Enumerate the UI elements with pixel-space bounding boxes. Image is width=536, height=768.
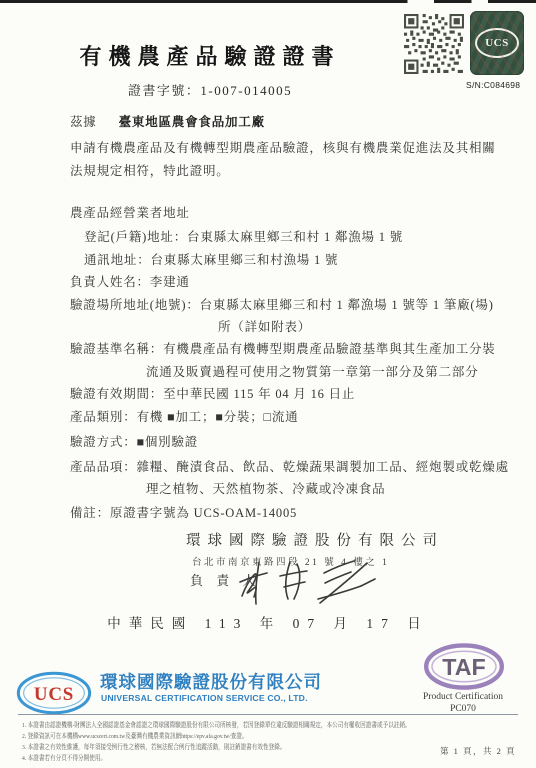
field-standard-line2: 流通及販賣過程可使用之物質第一章第一部分及第二部分 <box>146 362 479 380</box>
applicant-name: 臺東地區農會食品加工廠 <box>119 115 265 129</box>
field-mailing-address: 通訊地址：台東縣太麻里鄉三和村漁場 1 號 <box>84 250 338 268</box>
scan-artifact-bar <box>0 0 536 3</box>
taf-caption: Product Certification <box>396 692 530 702</box>
footer-divider <box>18 714 518 715</box>
svg-text:TAF: TAF <box>442 654 486 680</box>
field-validity-period: 驗證有效期間：至中華民國 115 年 04 月 16 日止 <box>70 384 355 402</box>
statement-line1: 申請有機農產品及有機轉型期農產品驗證，核與有機農業促進法及其相關 <box>70 138 496 156</box>
issuer-company-name: 環球國際驗證股份有限公司 <box>186 529 444 550</box>
per-label: 茲據 <box>70 115 97 129</box>
field-per: 茲據臺東地區農會食品加工廠 <box>70 112 265 130</box>
certificate-number: 證書字號：1-007-014005 <box>0 80 420 99</box>
footer-company-en: UNIVERSAL CERTIFICATION SERVICE CO., LTD… <box>101 693 308 703</box>
statement-line2: 法規規定相符，特此證明。 <box>70 161 230 179</box>
footer-company-zh: 環球國際驗證股份有限公司 <box>100 669 322 694</box>
field-product-items-line2: 理之植物、天然植物茶、冷藏或冷凍食品 <box>146 479 385 497</box>
footer-note-3: 3. 本證書之有效性維護，每年須接受例行性之稽核，若無法配合例行性追蹤活動，則註… <box>22 741 285 751</box>
taf-logo-icon: TAF <box>424 643 504 690</box>
certificate-title: 有機農產品驗證證書 <box>0 40 420 71</box>
field-responsible-person: 負責人姓名：李建通 <box>70 272 190 290</box>
taf-code: PC070 <box>396 704 530 714</box>
qr-code-icon <box>404 14 464 74</box>
certificate-page: 有機農產品驗證證書 證書字號：1-007-014005 UCS S/N:C084… <box>0 0 536 768</box>
footer-note-4: 4. 本證書若有分頁不得分開使用。 <box>22 752 106 762</box>
ucs-logo-icon: UCS <box>16 671 92 715</box>
field-cert-site-line1: 驗證場所地址(地號)：台東縣太麻里鄉三和村 1 鄰漁場 1 號等 1 筆廠(場) <box>70 295 494 313</box>
field-product-category: 產品類別：有機 ■加工；■分裝；□流通 <box>70 407 298 425</box>
field-remark: 備註：原證書字號為 UCS-OAM-14005 <box>70 503 297 521</box>
svg-text:UCS: UCS <box>34 684 74 705</box>
footer-note-1: 1. 本證書由認證機構-財團法人全國認證基金會認證之環球國際驗證股份有限公司所核… <box>22 719 411 729</box>
hologram-security-sticker: UCS <box>470 11 524 75</box>
footer-note-2: 2. 登錄資訊可在本機構www.ucscert.com.tw及臺灣有機農業資訊網… <box>22 730 248 740</box>
ucs-seal-icon: UCS <box>475 28 519 58</box>
page-indicator: 第 1 頁，共 2 頁 <box>440 745 516 757</box>
field-cert-site-line2: 所（詳如附表） <box>218 317 311 335</box>
field-product-items-line1: 產品品項：雜糧、醃漬食品、飲品、乾燥蔬果調製加工品、經炮製或乾燥處 <box>70 457 509 475</box>
serial-number: S/N:C084698 <box>466 80 520 90</box>
field-registered-address: 登記(戶籍)地址：台東縣太麻里鄉三和村 1 鄰漁場 1 號 <box>84 227 403 245</box>
field-standard-line1: 驗證基準名稱：有機農產品有機轉型期農產品驗證基準與其生產加工分裝 <box>70 339 496 357</box>
signature-icon <box>228 552 378 612</box>
field-cert-method: 驗證方式：■個別驗證 <box>70 432 198 450</box>
issue-date: 中華民國 113 年 07 月 17 日 <box>0 612 536 632</box>
field-operator-address-header: 農產品經營業者地址 <box>70 203 190 221</box>
